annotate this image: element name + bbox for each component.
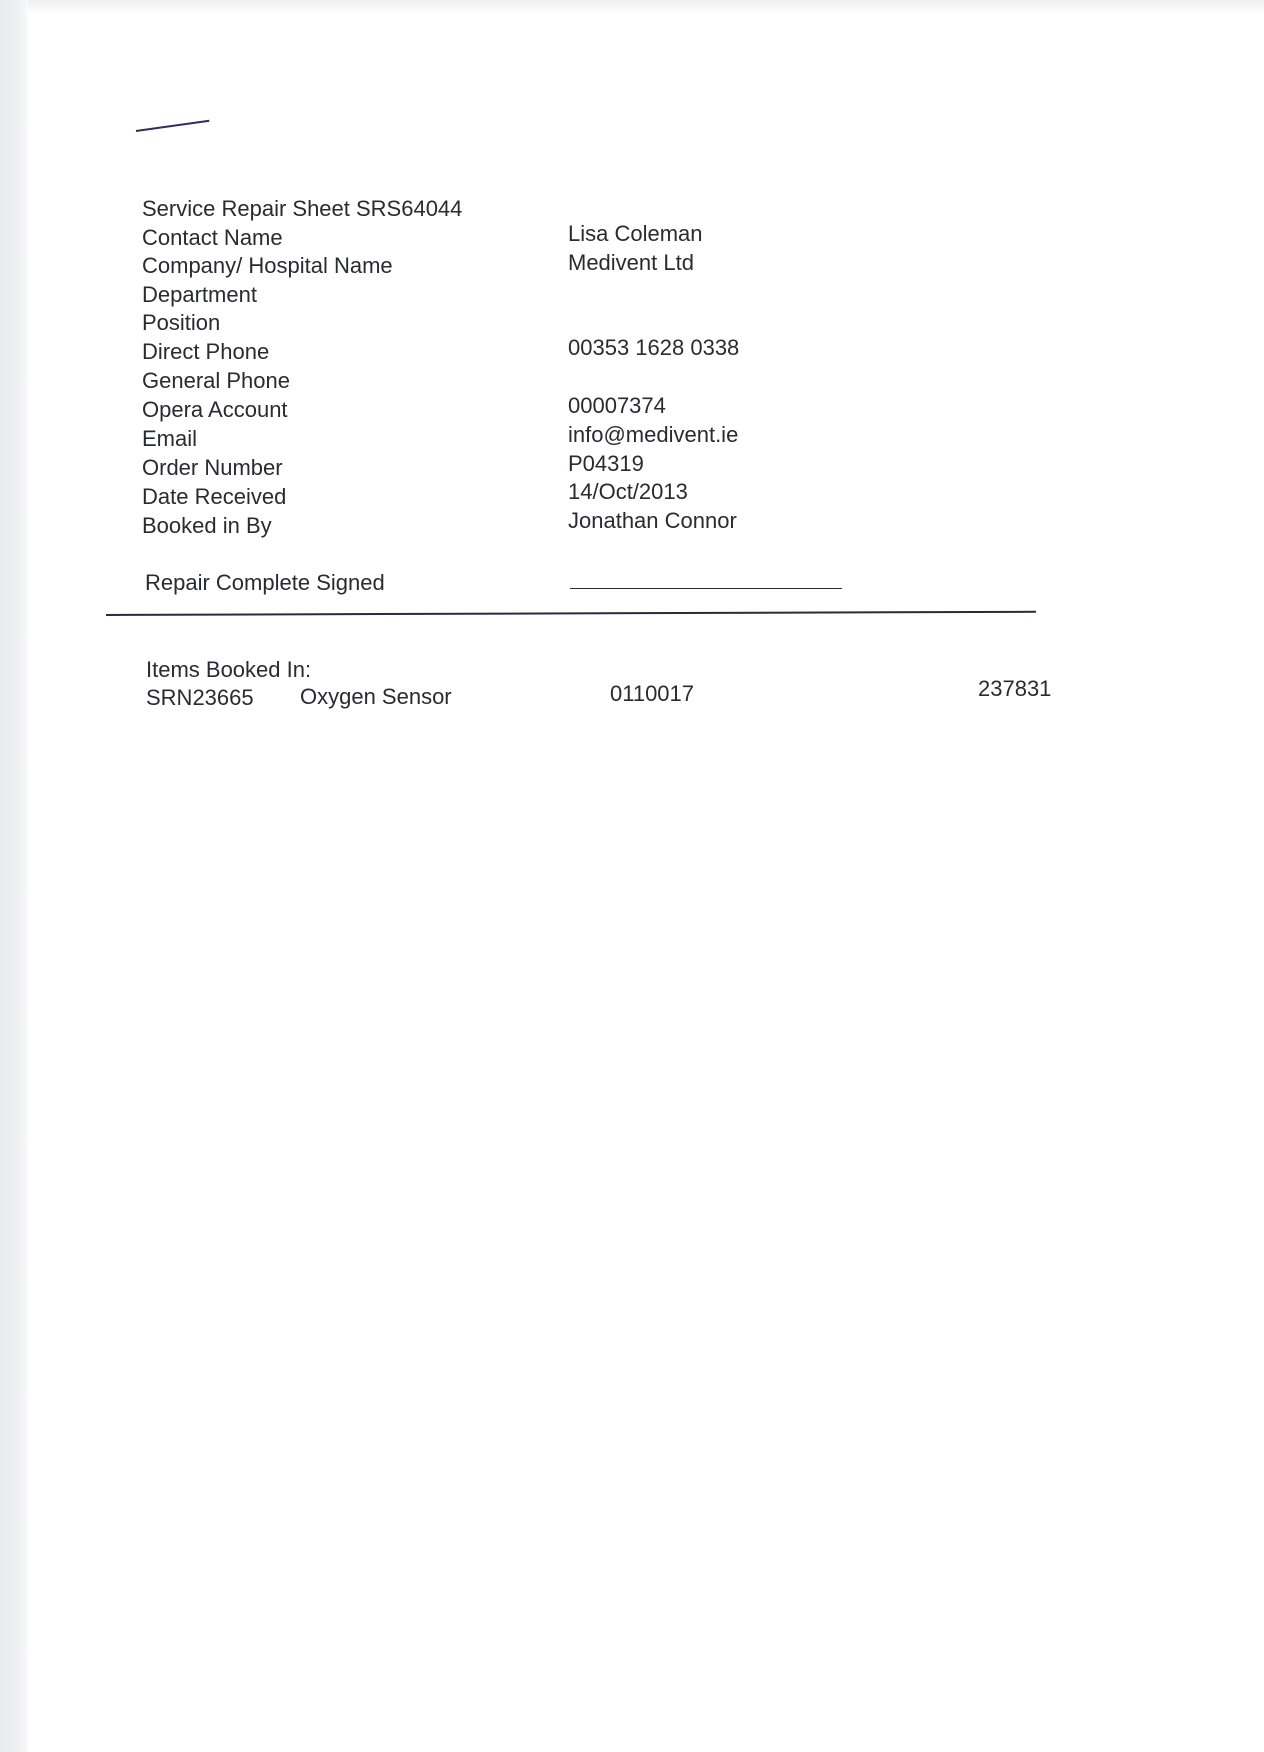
field-label-direct-phone: Direct Phone — [142, 339, 269, 365]
field-value-opera-account: 00007374 — [568, 393, 666, 419]
field-label-company: Company/ Hospital Name — [142, 253, 393, 279]
field-label-email: Email — [142, 426, 197, 452]
pen-mark — [136, 120, 210, 132]
field-label-contact-name: Contact Name — [142, 225, 283, 251]
field-label-position: Position — [142, 310, 220, 336]
field-value-contact-name: Lisa Coleman — [568, 221, 703, 247]
sheet-title: Service Repair Sheet SRS64044 — [142, 196, 462, 222]
scan-edge-shadow — [0, 0, 28, 1752]
item-description: Oxygen Sensor — [300, 684, 452, 710]
item-serial-number: 237831 — [978, 676, 1051, 702]
item-srn: SRN23665 — [146, 685, 254, 711]
field-label-opera-account: Opera Account — [142, 397, 288, 423]
scan-top-shadow — [28, 0, 1264, 14]
field-label-booked-in-by: Booked in By — [142, 513, 272, 539]
field-label-date-received: Date Received — [142, 484, 286, 510]
field-value-email: info@medivent.ie — [568, 422, 738, 448]
field-label-department: Department — [142, 282, 257, 308]
field-value-order-number: P04319 — [568, 451, 644, 477]
field-label-order-number: Order Number — [142, 455, 283, 481]
repair-complete-signed-label: Repair Complete Signed — [145, 570, 385, 596]
field-value-direct-phone: 00353 1628 0338 — [568, 335, 739, 361]
item-part-number: 0110017 — [610, 681, 694, 707]
field-label-general-phone: General Phone — [142, 368, 290, 394]
field-value-booked-in-by: Jonathan Connor — [568, 508, 737, 534]
field-value-company: Medivent Ltd — [568, 250, 694, 276]
items-heading: Items Booked In: — [146, 657, 311, 683]
signature-line — [570, 588, 842, 589]
section-divider — [106, 611, 1036, 616]
field-value-date-received: 14/Oct/2013 — [568, 479, 688, 505]
